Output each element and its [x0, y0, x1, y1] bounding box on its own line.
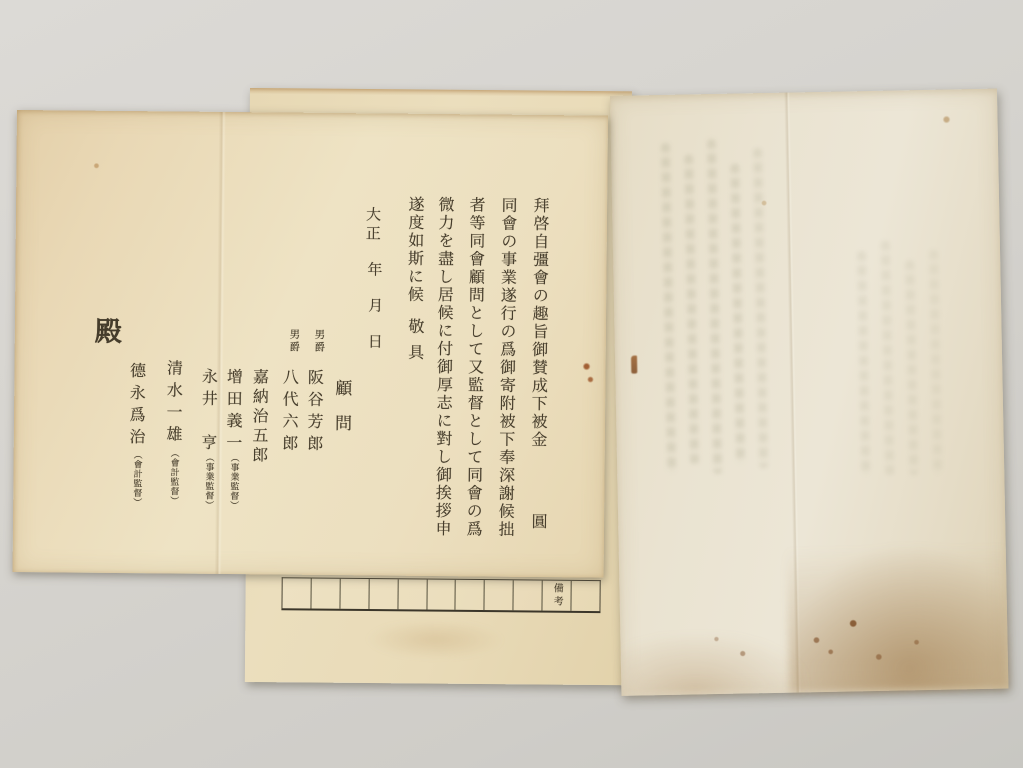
letter-amount-unit: 圓: [530, 513, 546, 529]
addressee-honorific: 殿: [92, 317, 119, 344]
date-era: 大正: [365, 206, 380, 244]
advisor-name: 永井: [200, 368, 216, 412]
table-cell: [339, 579, 368, 609]
advisor-name: 清水一雄: [165, 359, 182, 447]
advisors-heading: 顧問: [332, 379, 350, 449]
table-cell: [368, 579, 397, 609]
letter-body-column-2: 同會の事業遂行の爲御寄附被下奉深謝候拙: [497, 197, 516, 539]
advisor-role: （事業監督）: [203, 453, 213, 510]
advisor-role: （會計監督）: [131, 450, 141, 507]
table-cell: [426, 580, 455, 610]
table-cell: [484, 580, 513, 610]
letter-body-column-5: 遂度如斯に候: [406, 196, 423, 304]
table-cell-remarks: 備考: [542, 581, 571, 611]
advisor-name: 德永爲治: [128, 362, 145, 450]
advisor-title: 男爵: [289, 329, 300, 354]
date-day-char: 日: [367, 333, 382, 352]
letter-body-column-3: 者等同會顧問として又監督として同會の爲: [465, 196, 484, 538]
advisor-title: 男爵: [314, 329, 325, 354]
right-sheet: [610, 89, 1008, 696]
table-cell: [513, 580, 542, 610]
rust-mark: [631, 356, 637, 374]
advisor-name: 阪谷芳郎: [306, 369, 323, 457]
advisor-name: 增田義一: [225, 368, 242, 456]
letter-sheet: 拜啓自彊會の趣旨御賛成下被金 圓 同會の事業遂行の爲御寄附被下奉深謝候拙 者等同…: [13, 110, 608, 578]
table-cell: [397, 579, 426, 609]
table-cell: [455, 580, 484, 610]
advisor-role: （事業監督）: [228, 453, 238, 510]
table-cell: [282, 578, 310, 608]
attachment-table: 備考: [281, 577, 600, 613]
advisor-role: （會計監督）: [168, 448, 178, 505]
date-year-char: 年: [366, 261, 381, 280]
advisor-name: 八代六郎: [281, 369, 298, 457]
letter-body-column-1: 拜啓自彊會の趣旨御賛成下被金: [530, 197, 548, 449]
letter-body-column-4: 微力を盡し居候に付御厚志に對し御挨拶申: [434, 196, 453, 538]
table-cell: [571, 581, 600, 611]
advisor-name: 嘉納治五郎: [251, 368, 268, 466]
foxing-spots: [610, 89, 1008, 696]
letter-closing: 敬具: [407, 318, 423, 370]
table-cell: [310, 579, 339, 609]
date-month-char: 月: [367, 297, 382, 316]
